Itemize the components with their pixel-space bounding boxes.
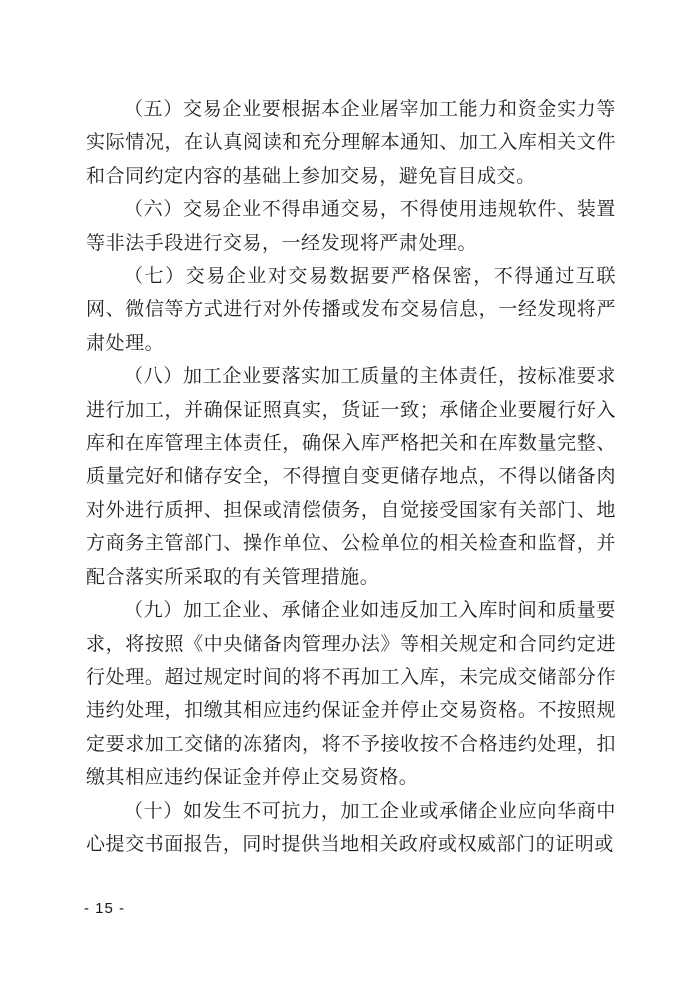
page-footer: - 15 -: [84, 900, 125, 917]
page-number: - 15 -: [84, 900, 125, 917]
document-page: （五）交易企业要根据本企业屠宰加工能力和资金实力等实际情况，在认真阅读和充分理解…: [0, 0, 700, 989]
paragraph-item-7: （七）交易企业对交易数据要严格保密，不得通过互联网、微信等方式进行对外传播或发布…: [86, 260, 616, 360]
paragraph-item-9: （九）加工企业、承储企业如违反加工入库时间和质量要求，将按照《中央储备肉管理办法…: [86, 594, 616, 794]
paragraph-item-8: （八）加工企业要落实加工质量的主体责任，按标准要求进行加工，并确保证照真实，货证…: [86, 360, 616, 594]
paragraph-item-6: （六）交易企业不得串通交易，不得使用违规软件、装置等非法手段进行交易，一经发现将…: [86, 193, 616, 260]
paragraph-item-10: （十）如发生不可抗力，加工企业或承储企业应向华商中心提交书面报告，同时提供当地相…: [86, 795, 616, 862]
document-body: （五）交易企业要根据本企业屠宰加工能力和资金实力等实际情况，在认真阅读和充分理解…: [86, 93, 616, 861]
paragraph-item-5: （五）交易企业要根据本企业屠宰加工能力和资金实力等实际情况，在认真阅读和充分理解…: [86, 93, 616, 193]
